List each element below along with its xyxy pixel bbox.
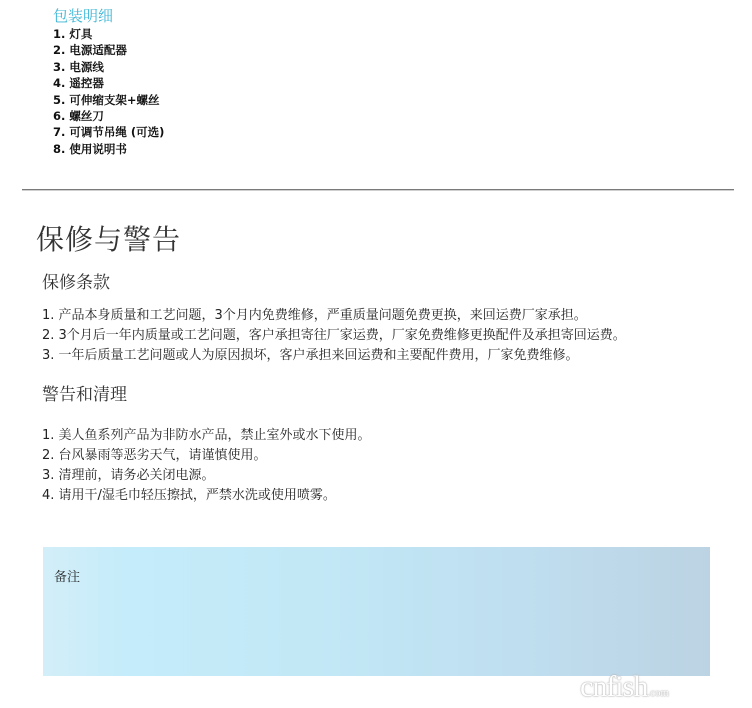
packing-item: 8. 使用说明书 bbox=[53, 141, 164, 157]
warranty-clause: 1. 产品本身质量和工艺问题，3个月内免费维修，严重质量问题免费更换，来回运费厂… bbox=[42, 306, 626, 326]
packing-title: 包装明细 bbox=[53, 6, 164, 26]
packing-item: 7. 可调节吊绳 (可选) bbox=[53, 124, 164, 140]
warranty-clause: 2. 3个月后一年内质量或工艺问题，客户承担寄往厂家运费，厂家免费维修更换配件及… bbox=[42, 326, 626, 346]
warranty-clauses: 1. 产品本身质量和工艺问题，3个月内免费维修，严重质量问题免费更换，来回运费厂… bbox=[42, 306, 626, 366]
note-label: 备注 bbox=[54, 566, 80, 585]
packing-list-section: 包装明细 1. 灯具 2. 电源适配器 3. 电源线 4. 遥控器 5. 可伸缩… bbox=[53, 6, 164, 157]
packing-item: 6. 螺丝刀 bbox=[53, 108, 164, 124]
warning-clause: 4. 请用干/湿毛巾轻压擦拭，严禁水洗或使用喷雾。 bbox=[42, 486, 371, 506]
warning-clause: 1. 美人鱼系列产品为非防水产品，禁止室外或水下使用。 bbox=[42, 426, 371, 446]
warning-clause: 3. 清理前，请务必关闭电源。 bbox=[42, 466, 371, 486]
section-title: 保修与警告 bbox=[36, 222, 181, 258]
section-divider bbox=[22, 189, 734, 191]
packing-item: 1. 灯具 bbox=[53, 26, 164, 42]
warning-clauses: 1. 美人鱼系列产品为非防水产品，禁止室外或水下使用。 2. 台风暴雨等恶劣天气… bbox=[42, 426, 371, 506]
watermark-suffix: .com bbox=[647, 687, 669, 699]
packing-item: 5. 可伸缩支架+螺丝 bbox=[53, 92, 164, 108]
packing-list: 1. 灯具 2. 电源适配器 3. 电源线 4. 遥控器 5. 可伸缩支架+螺丝… bbox=[53, 26, 164, 157]
warranty-heading: 保修条款 bbox=[42, 271, 110, 295]
packing-item: 3. 电源线 bbox=[53, 59, 164, 75]
packing-item: 4. 遥控器 bbox=[53, 75, 164, 91]
warning-heading: 警告和清理 bbox=[42, 383, 127, 407]
packing-item: 2. 电源适配器 bbox=[53, 42, 164, 58]
warning-clause: 2. 台风暴雨等恶劣天气，请谨慎使用。 bbox=[42, 446, 371, 466]
watermark-main: cnfish bbox=[580, 670, 647, 703]
watermark-logo: cnfish.com bbox=[580, 672, 669, 708]
warranty-clause: 3. 一年后质量工艺问题或人为原因损坏，客户承担来回运费和主要配件费用，厂家免费… bbox=[42, 346, 626, 366]
note-box: 备注 bbox=[43, 547, 710, 676]
